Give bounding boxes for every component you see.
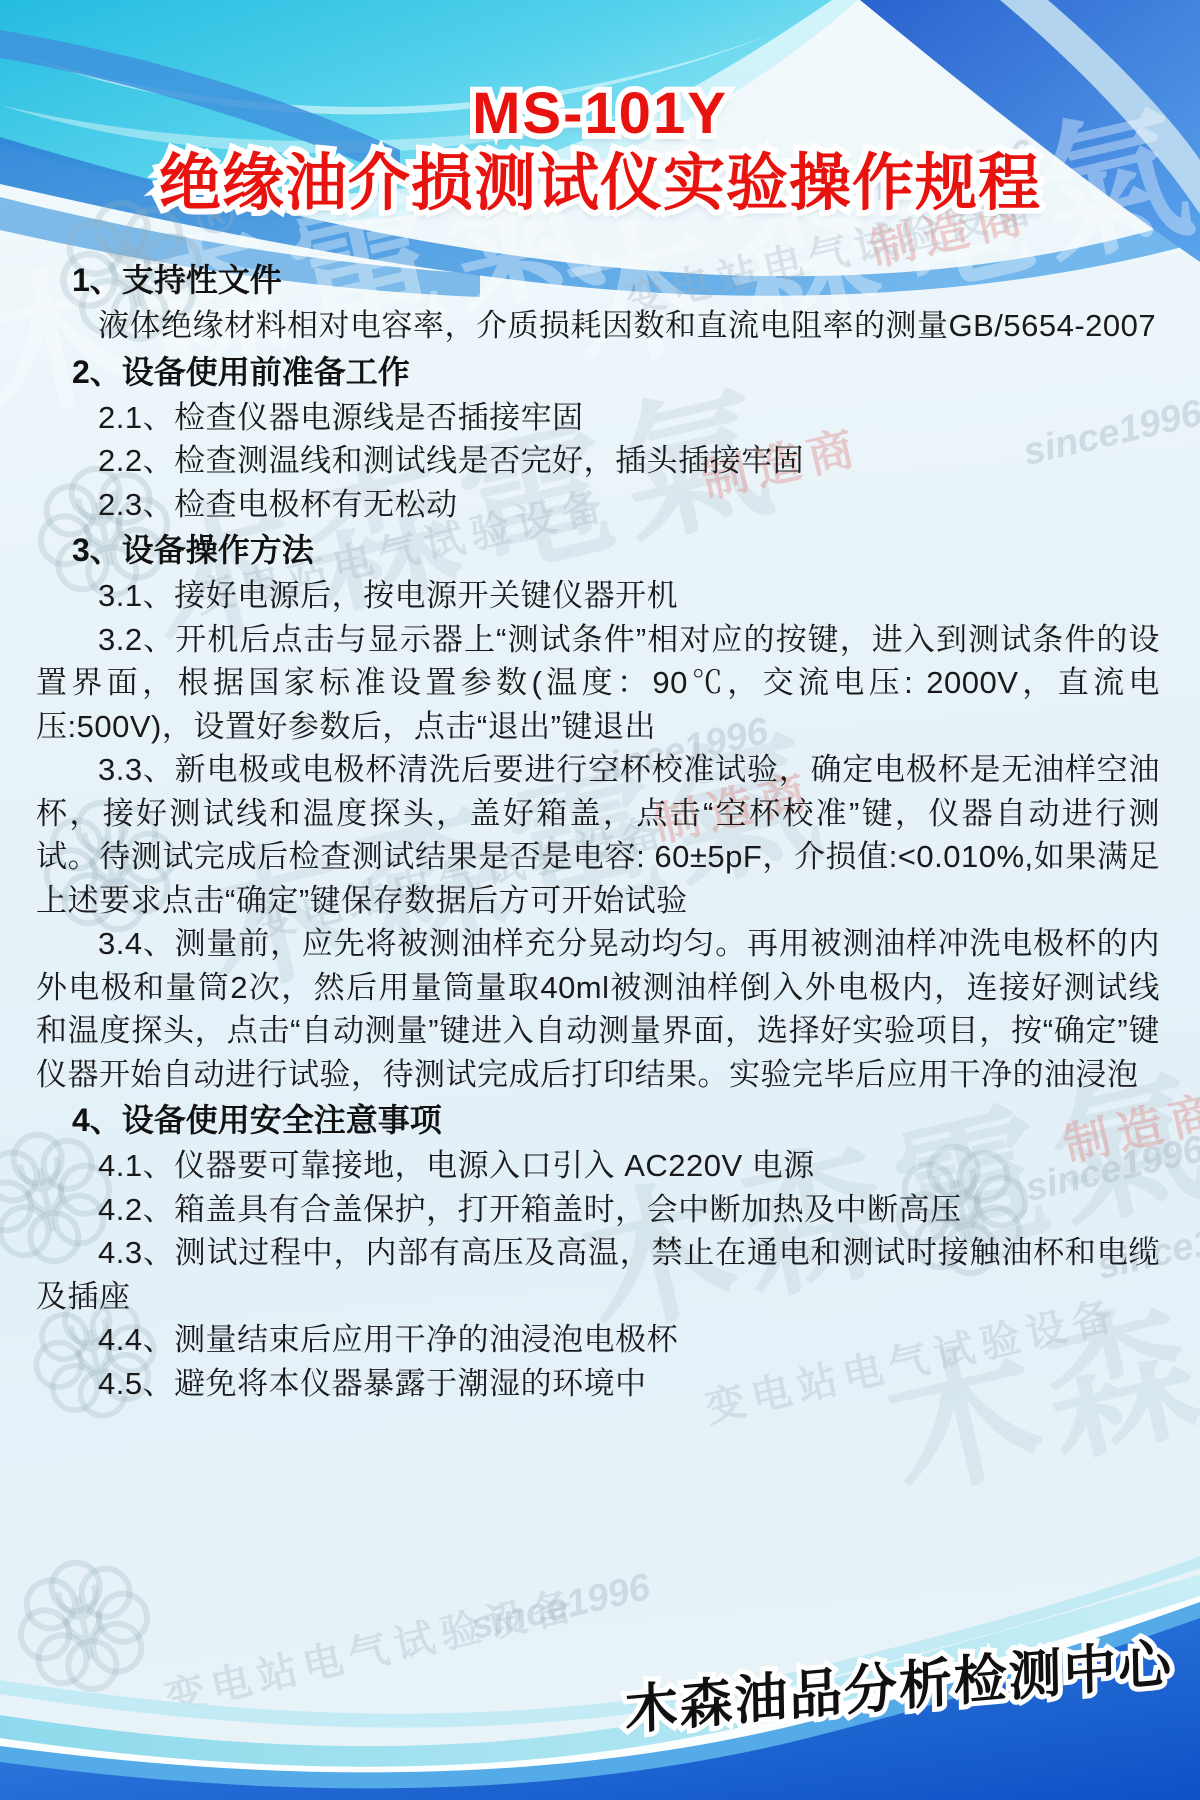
section-operation: 3、设备操作方法 3.1、接好电源后，按电源开关键仪器开机 3.2、开机后点击与… xyxy=(36,528,1160,1096)
section-item: 3.1、接好电源后，按电源开关键仪器开机 xyxy=(36,574,1160,618)
page-title-text: 绝缘油介损测试仪实验操作规程 xyxy=(159,149,1041,218)
section-item: 3.3、新电极或电极杯清洗后要进行空杯校准试验，确定电极杯是无油样空油杯，接好测… xyxy=(36,748,1160,922)
section-item: 4.3、测试过程中，内部有高压及高温，禁止在通电和测试时接触油杯和电缆及插座 xyxy=(36,1231,1160,1318)
section-item: 4.5、避免将本仪器暴露于潮湿的环境中 xyxy=(36,1362,1160,1406)
model-title-text: MS-101Y xyxy=(472,81,728,146)
section-heading: 3、设备操作方法 xyxy=(72,528,1160,572)
section-item: 液体绝缘材料相对电容率，介质损耗因数和直流电阻率的测量GB/5654-2007 xyxy=(36,304,1160,348)
model-title: MS-101YMS-101Y xyxy=(472,84,728,145)
section-item: 2.3、检查电极杯有无松动 xyxy=(36,483,1160,527)
page-title: 绝缘油介损测试仪实验操作规程绝缘油介损测试仪实验操作规程 xyxy=(159,151,1041,216)
section-item: 3.2、开机后点击与显示器上“测试条件”相对应的按键，进入到测试条件的设置界面，… xyxy=(36,618,1160,749)
section-heading: 2、设备使用前准备工作 xyxy=(72,350,1160,394)
section-item: 4.1、仪器要可靠接地，电源入口引入 AC220V 电源 xyxy=(36,1144,1160,1188)
section-heading: 1、支持性文件 xyxy=(72,258,1160,302)
poster-page: 木森電氣 木森電氣 since1996 制造商 变电站电气试验设备 ® 木森電氣… xyxy=(0,0,1200,1800)
section-item: 4.2、箱盖具有合盖保护，打开箱盖时，会中断加热及中断高压 xyxy=(36,1188,1160,1232)
procedure-content: 1、支持性文件 液体绝缘材料相对电容率，介质损耗因数和直流电阻率的测量GB/56… xyxy=(36,256,1160,1405)
section-item: 4.4、测量结束后应用干净的油浸泡电极杯 xyxy=(36,1318,1160,1362)
section-item: 2.1、检查仪器电源线是否插接牢固 xyxy=(36,396,1160,440)
section-item: 3.4、测量前，应先将被测油样充分晃动均匀。再用被测油样冲洗电极杯的内外电极和量… xyxy=(36,922,1160,1096)
section-preparation: 2、设备使用前准备工作 2.1、检查仪器电源线是否插接牢固 2.2、检查测温线和… xyxy=(36,350,1160,527)
section-safety: 4、设备使用安全注意事项 4.1、仪器要可靠接地，电源入口引入 AC220V 电… xyxy=(36,1098,1160,1405)
section-heading: 4、设备使用安全注意事项 xyxy=(72,1098,1160,1142)
poster-header: MS-101YMS-101Y 绝缘油介损测试仪实验操作规程绝缘油介损测试仪实验操… xyxy=(0,84,1200,216)
section-supporting-documents: 1、支持性文件 液体绝缘材料相对电容率，介质损耗因数和直流电阻率的测量GB/56… xyxy=(36,258,1160,348)
section-item: 2.2、检查测温线和测试线是否完好，插头插接牢固 xyxy=(36,439,1160,483)
